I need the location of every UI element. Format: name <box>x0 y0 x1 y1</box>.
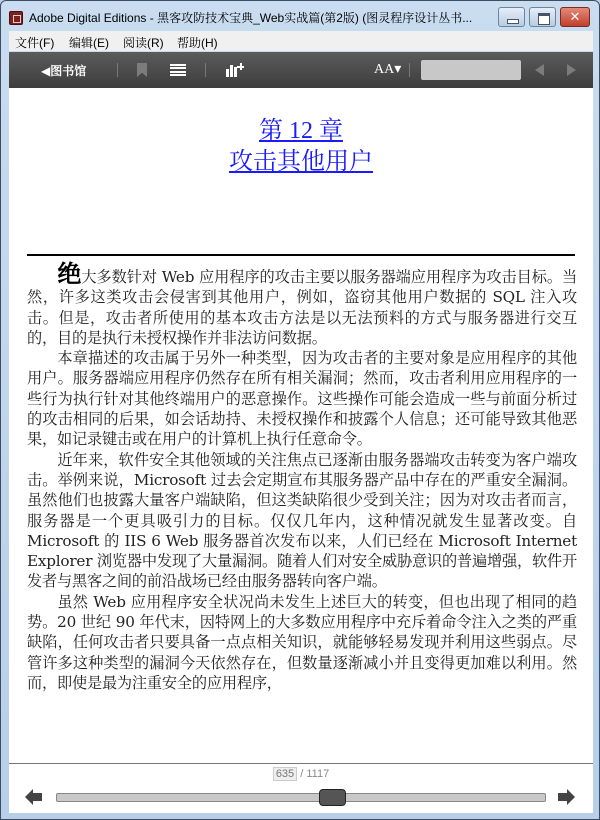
reader-toolbar: ◀图书馆 AA▾ <box>9 52 593 88</box>
paragraph: 本章描述的攻击属于另外一种类型，因为攻击者的主要对象是应用程序的其他用户。服务器… <box>27 348 577 449</box>
footer-divider <box>9 763 593 764</box>
search-next-icon[interactable] <box>567 64 576 76</box>
font-size-button[interactable]: AA▾ <box>374 61 401 78</box>
app-icon[interactable] <box>9 11 23 25</box>
book-page: 第 12 章 攻击其他用户 绝大多数针对 Web 应用程序的攻击主要以服务器端应… <box>9 88 593 813</box>
add-highlight-icon[interactable] <box>226 63 244 77</box>
minimize-button[interactable] <box>498 7 525 27</box>
menu-file[interactable]: 文件(F) <box>15 34 54 51</box>
current-page-input[interactable]: 635 <box>273 767 297 781</box>
chapter-divider <box>27 254 575 256</box>
page-slider[interactable] <box>56 793 546 802</box>
paragraph: 绝大多数针对 Web 应用程序的攻击主要以服务器端应用程序为攻击目标。当然，许多… <box>27 264 577 348</box>
close-icon: ✕ <box>561 8 589 26</box>
chapter-title-link[interactable]: 攻击其他用户 <box>9 147 593 178</box>
menu-read[interactable]: 阅读(R) <box>123 34 164 51</box>
menu-edit[interactable]: 编辑(E) <box>69 34 109 51</box>
next-page-arrow-icon[interactable] <box>558 789 575 805</box>
previous-page-arrow-icon[interactable] <box>25 789 42 805</box>
search-input[interactable] <box>421 60 521 80</box>
close-button[interactable]: ✕ <box>560 7 590 27</box>
drop-cap: 绝 <box>57 259 81 288</box>
toolbar-divider <box>409 63 410 77</box>
total-pages: / 1117 <box>300 768 329 780</box>
maximize-button[interactable] <box>529 7 556 27</box>
window-title: Adobe Digital Editions - 黑客攻防技术宝典_Web实战篇… <box>29 9 489 26</box>
chapter-number-link[interactable]: 第 12 章 <box>9 116 593 147</box>
search-prev-icon[interactable] <box>535 64 544 76</box>
toc-list-icon[interactable] <box>170 64 186 76</box>
bookmark-icon[interactable] <box>137 63 147 77</box>
library-button[interactable]: ◀图书馆 <box>41 62 86 79</box>
app-window: Adobe Digital Editions - 黑客攻防技术宝典_Web实战篇… <box>0 0 600 820</box>
menu-help[interactable]: 帮助(H) <box>177 34 218 51</box>
toolbar-divider <box>117 63 118 77</box>
menu-bar: 文件(F) 编辑(E) 阅读(R) 帮助(H) <box>9 31 593 51</box>
chapter-body: 绝大多数针对 Web 应用程序的攻击主要以服务器端应用程序为攻击目标。当然，许多… <box>27 264 577 693</box>
page-slider-thumb[interactable] <box>319 789 346 806</box>
chapter-heading: 第 12 章 攻击其他用户 <box>9 116 593 178</box>
paragraph: 近年来，软件安全其他领域的关注焦点已逐渐由服务器端攻击转变为客户端攻击。举例来说… <box>27 450 577 592</box>
paragraph: 虽然 Web 应用程序安全状况尚未发生上述巨大的转变，但也出现了相同的趋势。20… <box>27 592 577 693</box>
page-counter: 635 / 1117 <box>1 767 600 781</box>
toolbar-divider <box>205 63 206 77</box>
title-bar[interactable]: Adobe Digital Editions - 黑客攻防技术宝典_Web实战篇… <box>1 1 599 31</box>
